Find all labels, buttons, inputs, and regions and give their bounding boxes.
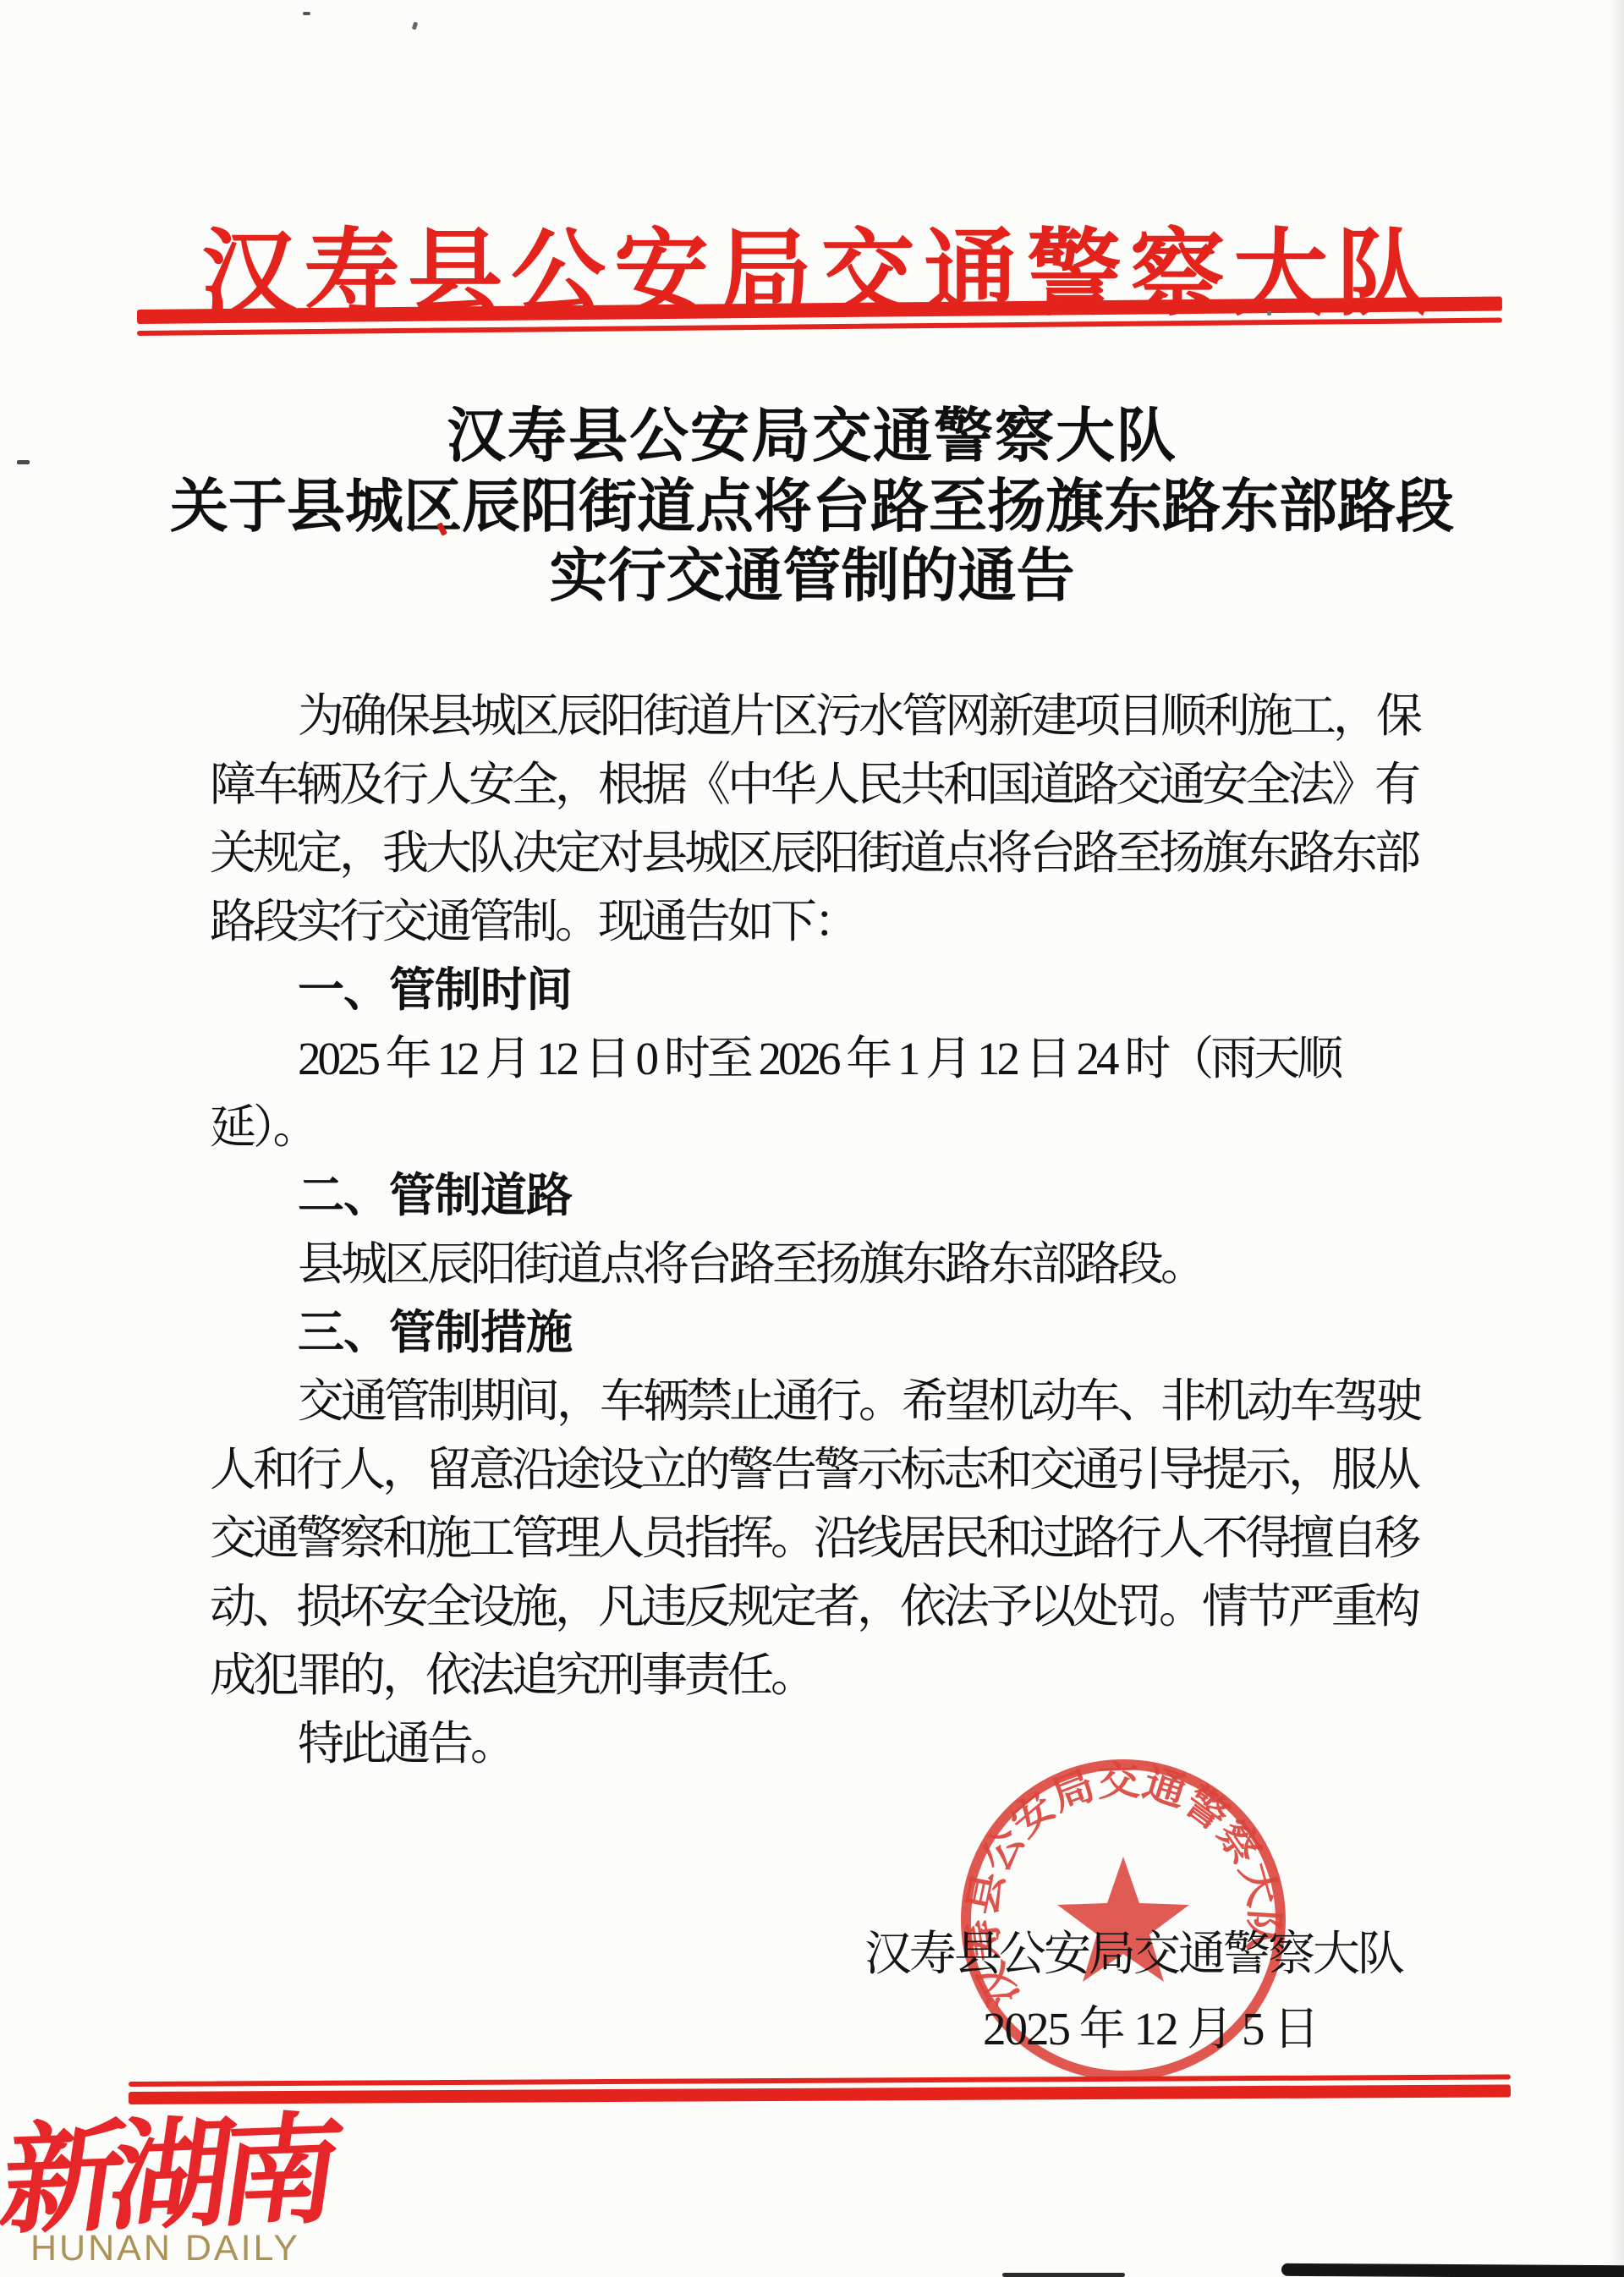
- doc-title-line: 汉寿县公安局交通警察大队: [0, 403, 1624, 472]
- body-line: 县城区辰阳街道点将台路至扬旗东路东部路段。: [210, 1230, 1445, 1298]
- body-line: 延）。: [210, 1093, 1445, 1161]
- doc-title-line: 实行交通管制的通告: [0, 541, 1624, 611]
- scan-speck: [303, 12, 310, 15]
- body-line: 交通管制期间，车辆禁止通行。希望机动车、非机动车驾驶: [210, 1367, 1445, 1435]
- scanned-notice-page: 汉寿县公安局交通警察大队 汉寿县公安局交通警察大队 关于县城区辰阳街道点将台路至…: [0, 0, 1624, 2277]
- body-line: 障车辆及行人安全，根据《中华人民共和国道路交通安全法》有: [210, 750, 1445, 819]
- body-line: 动、损坏安全设施，凡违反规定者，依法予以处罚。情节严重构: [210, 1572, 1445, 1641]
- body-line: 2025 年 12 月 12 日 0 时至 2026 年 1 月 12 日 24…: [210, 1024, 1445, 1093]
- section-heading: 一、管制时间: [210, 956, 1445, 1024]
- body-line: 为确保县城区辰阳街道片区污水管网新建项目顺利施工，保: [210, 682, 1445, 750]
- scan-smudge: [1002, 2273, 1125, 2277]
- body-line: 路段实行交通管制。现通告如下：: [210, 887, 1445, 956]
- body-line: 关规定，我大队决定对县城区辰阳街道点将台路至扬旗东路东部: [210, 819, 1445, 887]
- doc-title-line: 关于县城区辰阳街道点将台路至扬旗东路东部路段: [0, 472, 1624, 541]
- scan-edge-shadow: [1610, 0, 1624, 2277]
- section-heading: 三、管制措施: [210, 1298, 1445, 1367]
- signature-date: 2025 年 12 月 5 日: [983, 1991, 1318, 2058]
- scan-speck: [412, 21, 419, 30]
- notice-body: 为确保县城区辰阳街道片区污水管网新建项目顺利施工，保障车辆及行人安全，根据《中华…: [210, 682, 1445, 1778]
- scan-speck: [1267, 311, 1271, 315]
- signature-name: 汉寿县公安局交通警察大队: [864, 1917, 1402, 1984]
- body-line: 成犯罪的，依法追究刑事责任。: [210, 1641, 1445, 1709]
- body-line: 人和行人，留意沿途设立的警告警示标志和交通引导提示，服从: [210, 1435, 1445, 1504]
- scan-smudge: [1281, 2263, 1624, 2277]
- hunan-daily-logo-en: HUNAN DAILY: [30, 2228, 300, 2269]
- section-heading: 二、管制道路: [210, 1161, 1445, 1230]
- doc-title: 汉寿县公安局交通警察大队 关于县城区辰阳街道点将台路至扬旗东路东部路段 实行交通…: [0, 403, 1624, 611]
- body-line: 交通警察和施工管理人员指挥。沿线居民和过路行人不得擅自移: [210, 1504, 1445, 1572]
- scan-speck: [17, 460, 30, 464]
